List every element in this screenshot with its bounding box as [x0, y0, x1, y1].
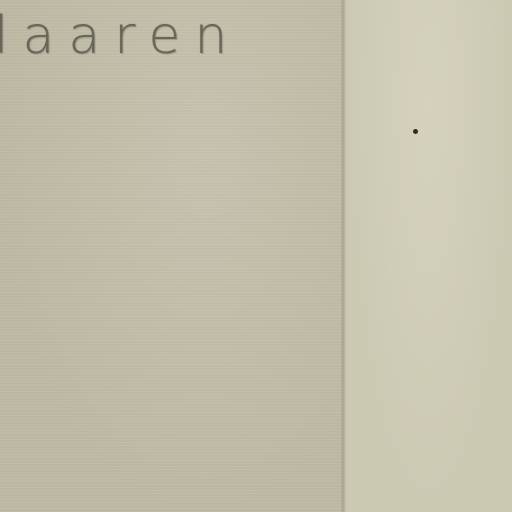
- handwritten-text: laaren: [0, 6, 241, 66]
- left-paper-sheet: laaren: [0, 0, 343, 512]
- right-paper-sheet: [346, 0, 512, 512]
- ink-speck: [413, 129, 418, 134]
